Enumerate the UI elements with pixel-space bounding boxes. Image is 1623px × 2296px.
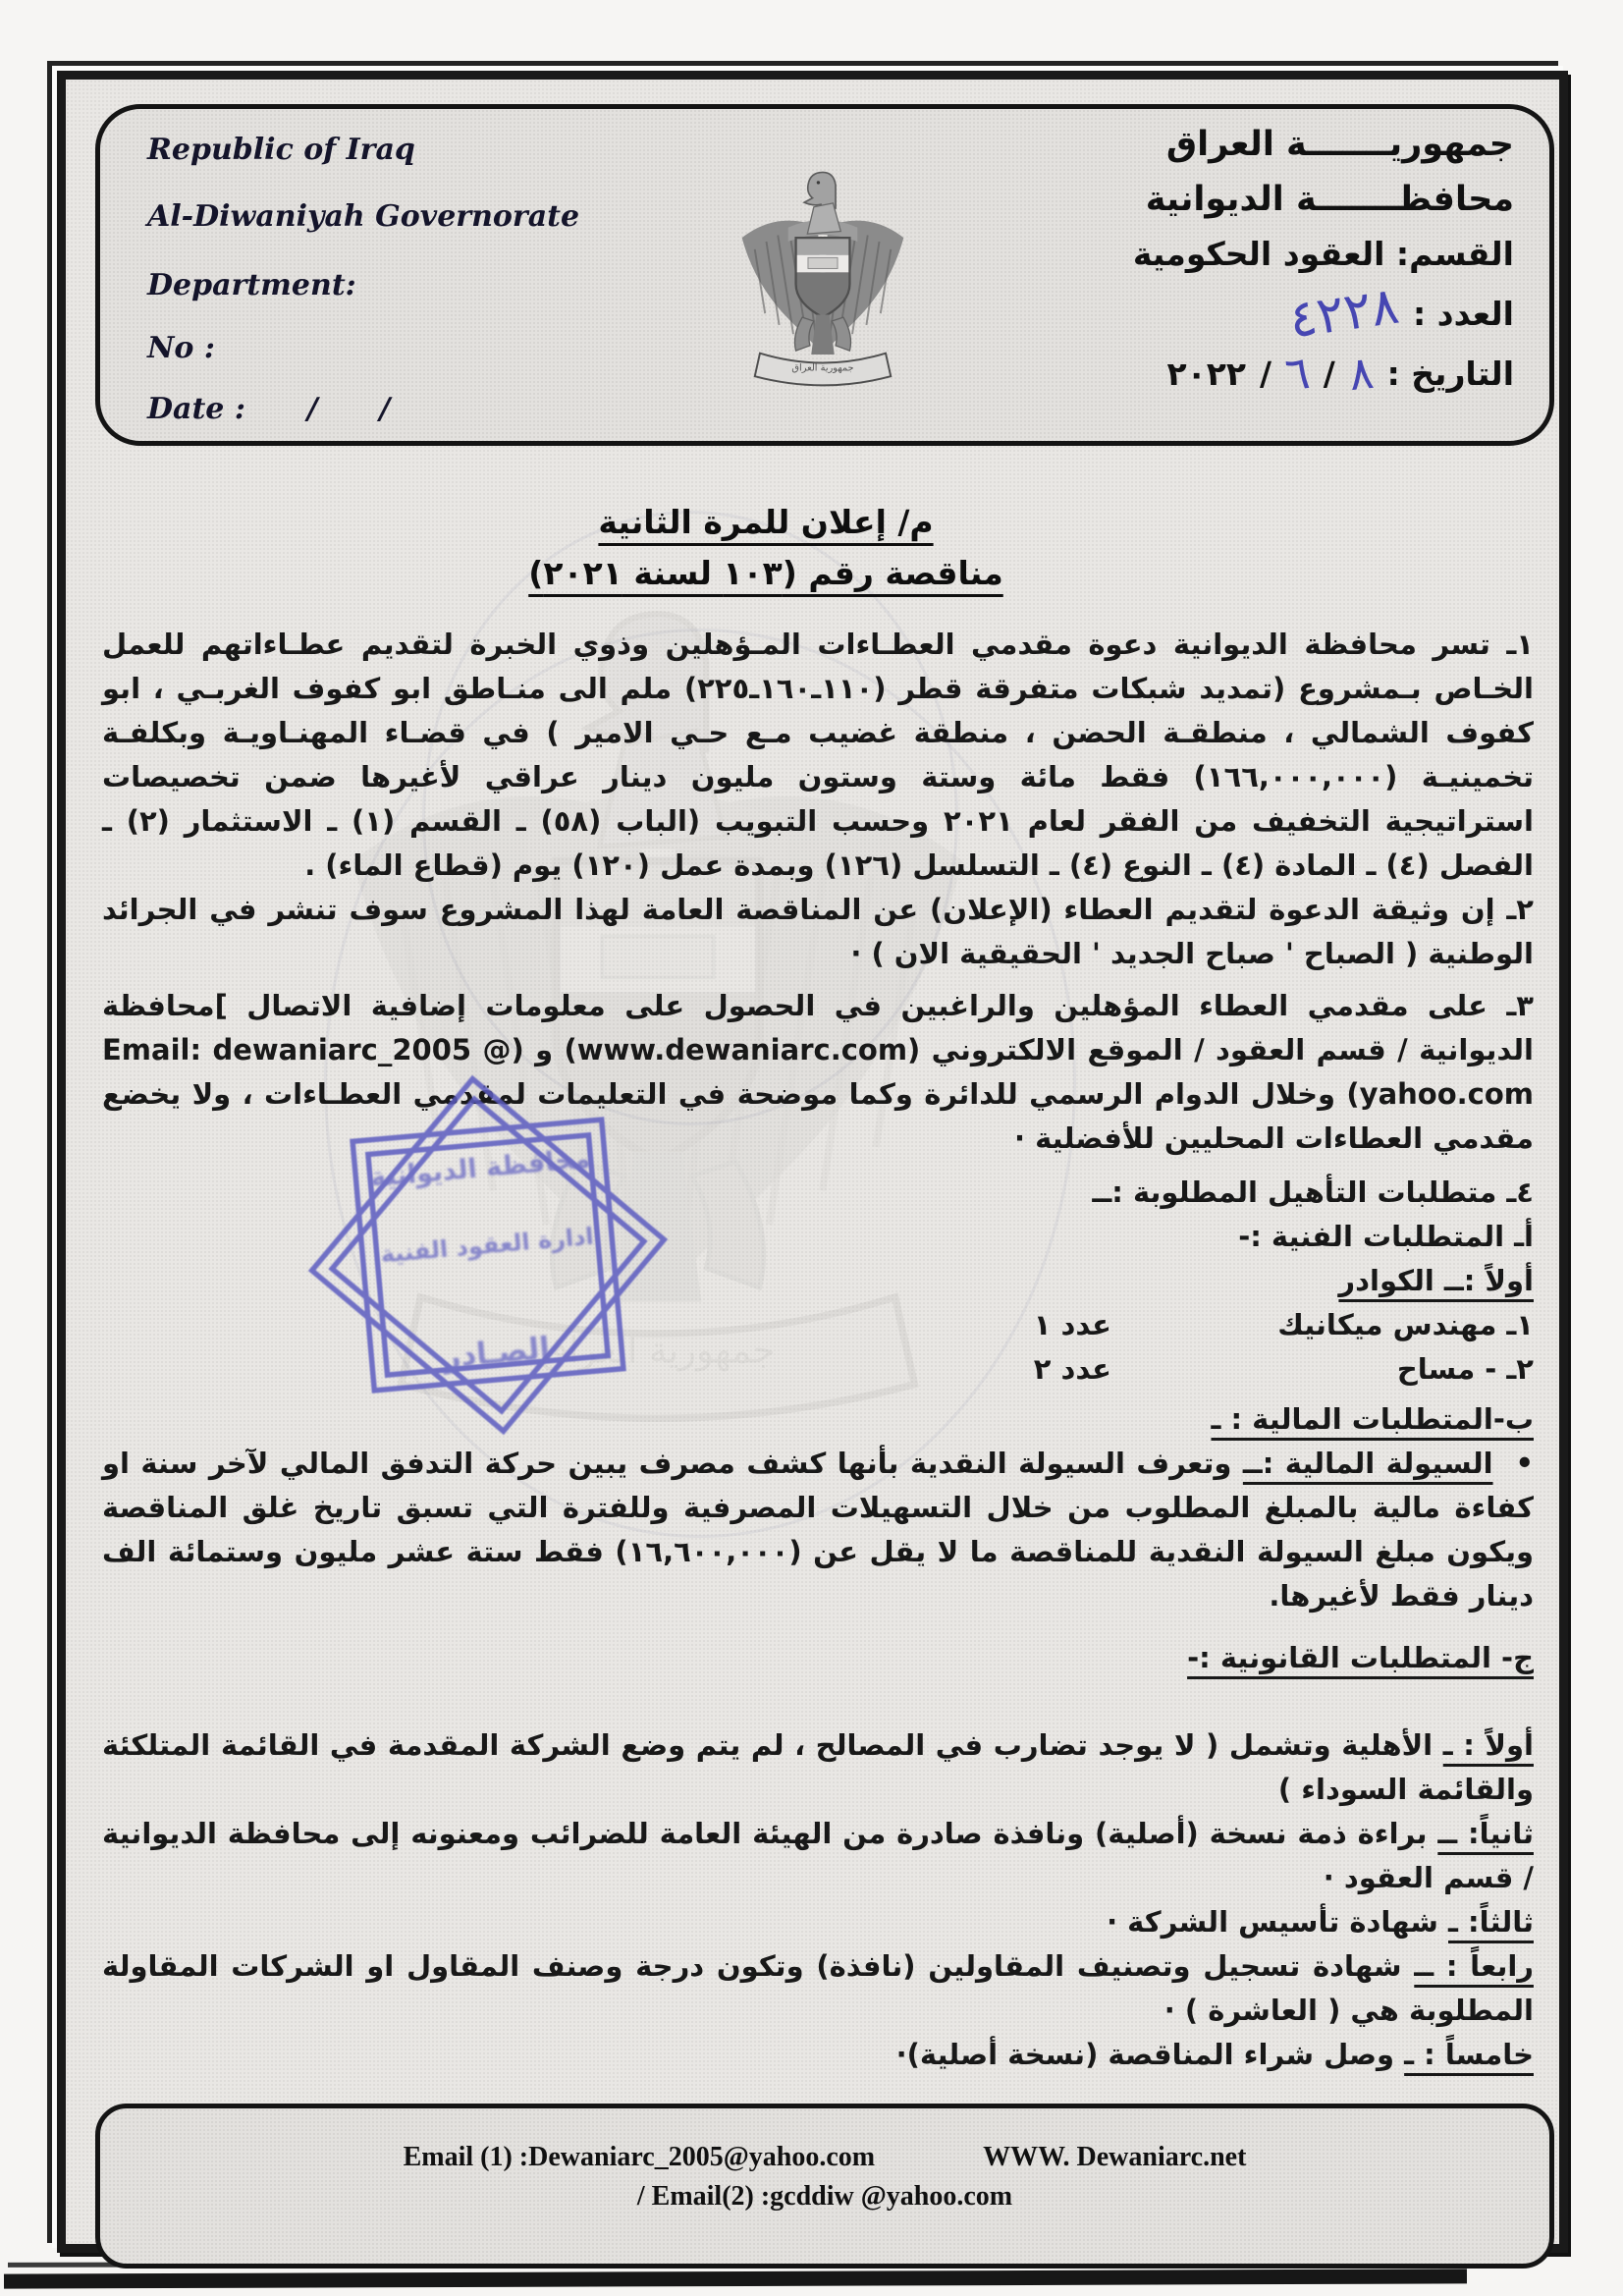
legal-item: خامساً : ـ وصل شراء المناقصة (نسخة أصلية… — [102, 2033, 1534, 2077]
legal-item-text: وصل شراء المناقصة (نسخة أصلية)· — [896, 2038, 1394, 2071]
iraq-eagle-emblem — [727, 121, 919, 429]
date-separator: / — [1324, 355, 1335, 393]
paragraph-liquidity: • السيولة المالية :ــ وتعرف السيولة النق… — [102, 1442, 1534, 1618]
arabic-country-label: جمهوريـــــــة العراق — [1166, 125, 1514, 164]
legal-item: ثالثاً: ـ شهادة تأسيس الشركة · — [102, 1900, 1534, 1944]
document-number-row: العدد : ٤٢٢٨ — [1289, 288, 1514, 339]
number-label: العدد : — [1413, 295, 1514, 333]
document-date-row: التاريخ : ٨ / ٦ / ٢٠٢٢ — [1166, 351, 1514, 396]
legal-item-label: خامساً : ـ — [1404, 2038, 1534, 2071]
legal-item-label: ثانياً: ــ — [1437, 1817, 1534, 1850]
legal-item: أولاً : ـ الأهلية وتشمل ( لا يوجد تضارب … — [102, 1723, 1534, 1812]
handwritten-month: ٦ — [1283, 350, 1312, 397]
liquidity-label: السيولة المالية :ــ — [1243, 1447, 1493, 1480]
date-label: التاريخ : — [1387, 355, 1514, 393]
bullet: • — [1515, 1447, 1534, 1480]
date-separator: / — [1260, 355, 1271, 393]
footer-email-1: Email (1) :Dewaniarc_2005@yahoo.com — [404, 2142, 875, 2173]
legal-item-label: أولاً : ـ — [1443, 1728, 1534, 1762]
cadre-count: عدد ١ — [1034, 1303, 1111, 1347]
scanned-document-page: جمهورية العراق Republic of Iraq Al-Diwan… — [0, 0, 1623, 2296]
arabic-department-label: القسم: العقود الحكومية — [1133, 235, 1514, 273]
footer-website: WWW. Dewaniarc.net — [983, 2142, 1246, 2173]
cadre-item: ١ـ مهندس ميكانيك — [1111, 1303, 1534, 1347]
footer-line-1: Email (1) :Dewaniarc_2005@yahoo.com WWW.… — [100, 2142, 1549, 2173]
handwritten-day: ٨ — [1347, 350, 1376, 397]
document-title: م/ إعلان للمرة الثانية مناقصة رقم (١٠٣ ل… — [0, 503, 1532, 592]
date-year: ٢٠٢٢ — [1166, 355, 1246, 393]
legal-item-text: براءة ذمة نسخة (أصلية) ونافذة صادرة من ا… — [102, 1817, 1534, 1894]
scan-edge-artifact — [4, 2269, 1467, 2288]
legal-item: ثانياً: ــ براءة ذمة نسخة (أصلية) ونافذة… — [102, 1812, 1534, 1900]
cadres-heading-text: أولاً :ــ الكوادر — [1338, 1264, 1534, 1297]
official-stamp: محافظة الديوانية ادارة العقود الفنية الص… — [270, 1042, 705, 1468]
english-department-label: Department: — [147, 268, 356, 302]
arabic-governorate-label: محافظـــــــة الديوانية — [1146, 180, 1514, 219]
cadre-item: ٢ـ - مساح — [1111, 1347, 1534, 1392]
cadre-count: عدد ٢ — [1034, 1347, 1111, 1392]
legal-item-text: شهادة تسجيل وتصنيف المقاولين (نافذة) وتك… — [102, 1949, 1534, 2027]
english-date-label: Date : / / — [147, 392, 390, 426]
legal-item: رابعاً : ــ شهادة تسجيل وتصنيف المقاولين… — [102, 1944, 1534, 2033]
title-line-2: مناقصة رقم (١٠٣ لسنة ٢٠٢١) — [528, 554, 1003, 592]
legal-item-text: الأهلية وتشمل ( لا يوجد تضارب في المصالح… — [102, 1728, 1534, 1806]
legal-item-label: رابعاً : ــ — [1414, 1949, 1534, 1983]
english-governorate-label: Al-Diwaniyah Governorate — [147, 199, 579, 234]
legal-item-text: شهادة تأسيس الشركة · — [1107, 1905, 1438, 1939]
paragraph-project-description: ١ـ تسر محافظة الديوانية دعوة مقدمي العطـ… — [102, 623, 1534, 888]
footer-email-2: / Email(2) :gcddiw @yahoo.com — [100, 2181, 1549, 2213]
paragraph-publication: ٢ـ إن وثيقة الدعوة لتقديم العطاء (الإعلا… — [102, 888, 1534, 976]
english-country-label: Republic of Iraq — [147, 133, 415, 167]
english-number-label: No : — [147, 331, 215, 365]
handwritten-document-number: ٤٢٢٨ — [1286, 280, 1402, 346]
section-legal-title: ج- المتطلبات القانونية :- — [102, 1636, 1534, 1680]
legal-item-label: ثالثاً: ـ — [1448, 1905, 1534, 1939]
title-line-1: م/ إعلان للمرة الثانية — [598, 503, 933, 541]
footer-contact-box: Email (1) :Dewaniarc_2005@yahoo.com WWW.… — [95, 2104, 1554, 2269]
letterhead-box: Republic of Iraq Al-Diwaniyah Governorat… — [95, 104, 1554, 446]
